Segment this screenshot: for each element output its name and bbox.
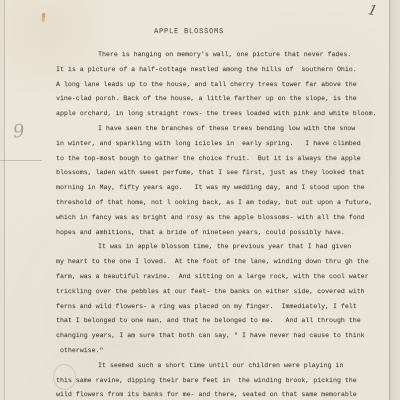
- text-line: morning in May, fifty years ago. It was …: [56, 181, 394, 196]
- text-line: this same ravine, dipping their bare fee…: [56, 374, 394, 389]
- pencil-margin-numeral: 9: [12, 120, 26, 142]
- document-body: There is hanging on memory's wall, one p…: [56, 48, 394, 400]
- ink-smudge-mark: [42, 13, 46, 22]
- text-line: to the top-most bough to gather the choi…: [56, 152, 394, 167]
- text-line: farm, was a beautiful ravine. And sittin…: [56, 270, 394, 285]
- text-line: There is hanging on memory's wall, one p…: [56, 48, 394, 63]
- text-line: It is a picture of a half-cottage nestle…: [56, 63, 394, 78]
- text-line: ferns and wild flowers- a ring was place…: [56, 300, 394, 315]
- text-line: my heart to the one I loved. At the foot…: [56, 255, 394, 270]
- text-line: apple orchard, in long straight rows- th…: [56, 107, 394, 122]
- text-line: A long lane leads up to the house, and t…: [56, 78, 394, 93]
- text-line: hopes and ambitions, that a bride of nin…: [56, 226, 394, 241]
- scanned-document: 1 9 APPLE BLOSSOMS There is hanging on m…: [0, 0, 400, 400]
- text-line: It was in apple blossom time, the previo…: [56, 240, 394, 255]
- document-title: APPLE BLOSSOMS: [154, 28, 224, 36]
- text-line: in winter, and sparkling with long icicl…: [56, 137, 394, 152]
- text-line: It seemed such a short time until our ch…: [56, 359, 394, 374]
- text-line: I have seen the branches of these trees …: [56, 122, 394, 137]
- text-line: that I belonged to one man, and that he …: [56, 314, 394, 329]
- crease-line: [0, 160, 42, 161]
- text-line: which in fancy was as bright and rosy as…: [56, 211, 394, 226]
- text-line: wild flowers from its banks for me- and …: [56, 388, 394, 400]
- text-line: changing years, I am sure that both can …: [56, 329, 394, 344]
- pencil-page-number: 1: [366, 2, 379, 20]
- paper-sheet: 1 9 APPLE BLOSSOMS There is hanging on m…: [0, 0, 390, 400]
- text-line: vine-clad porch. Back of the house, a li…: [56, 92, 394, 107]
- paper-left-edge: [0, 0, 5, 400]
- scan-background-strip: [390, 0, 400, 400]
- text-line: trickling over the pebbles at our feet- …: [56, 285, 394, 300]
- text-line: otherwise.": [56, 344, 394, 359]
- text-line: threshold of that home, not l ooking bac…: [56, 196, 394, 211]
- text-line: blossoms, laden with sweet perfume, that…: [56, 166, 394, 181]
